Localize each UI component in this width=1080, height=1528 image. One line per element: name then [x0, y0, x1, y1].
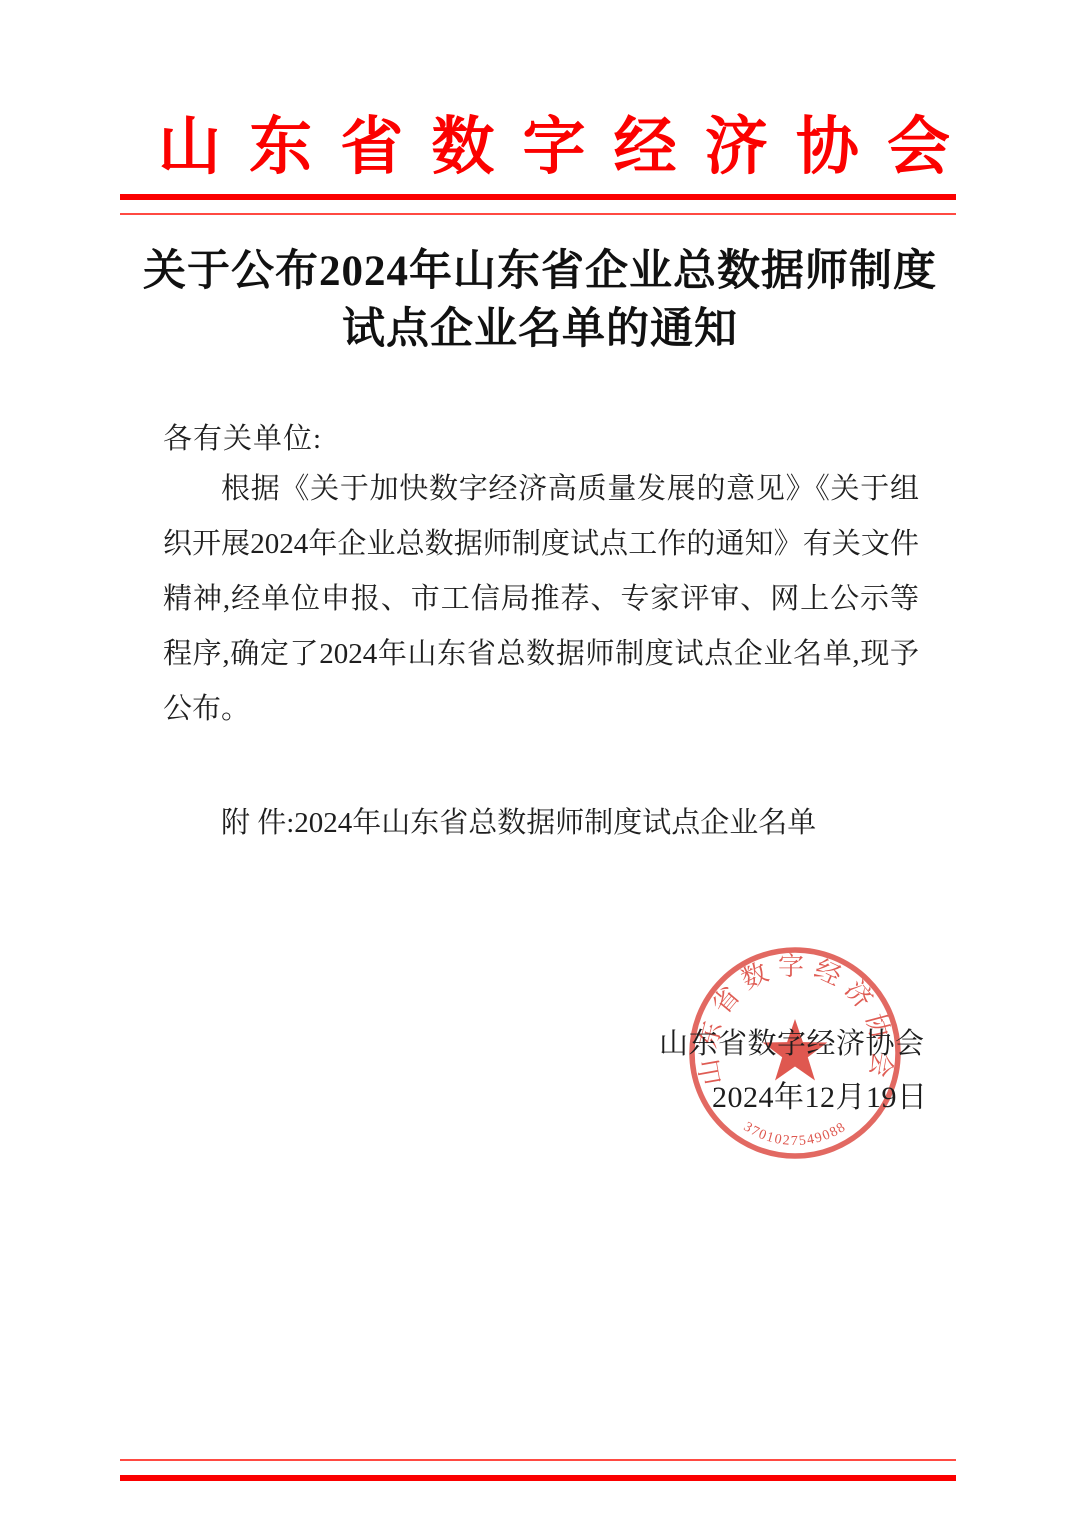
- header-rule-thick: [120, 194, 956, 200]
- document-title: 关于公布2024年山东省企业总数据师制度 试点企业名单的通知: [0, 243, 1080, 359]
- official-notice-page: 山东省数字经济协会 关于公布2024年山东省企业总数据师制度 试点企业名单的通知…: [0, 0, 1080, 1528]
- document-title-line-1: 关于公布2024年山东省企业总数据师制度: [0, 243, 1080, 301]
- body-paragraph: 根据《关于加快数字经济高质量发展的意见》《关于组织开展2024年企业总数据师制度…: [163, 462, 919, 737]
- attachment-line: 附 件:2024年山东省总数据师制度试点企业名单: [163, 803, 919, 843]
- seal-serial-number: 3701027549088: [741, 1120, 849, 1149]
- signature-date: 2024年12月19日: [712, 1079, 928, 1117]
- footer-rule-thick: [120, 1475, 956, 1481]
- document-title-line-2: 试点企业名单的通知: [0, 301, 1080, 359]
- salutation: 各有关单位:: [163, 422, 322, 456]
- footer-rule-thin: [120, 1459, 956, 1461]
- signature-org: 山东省数字经济协会: [659, 1025, 925, 1063]
- letterhead-org-name: 山东省数字经济协会: [158, 104, 950, 190]
- header-rule-thin: [120, 213, 956, 215]
